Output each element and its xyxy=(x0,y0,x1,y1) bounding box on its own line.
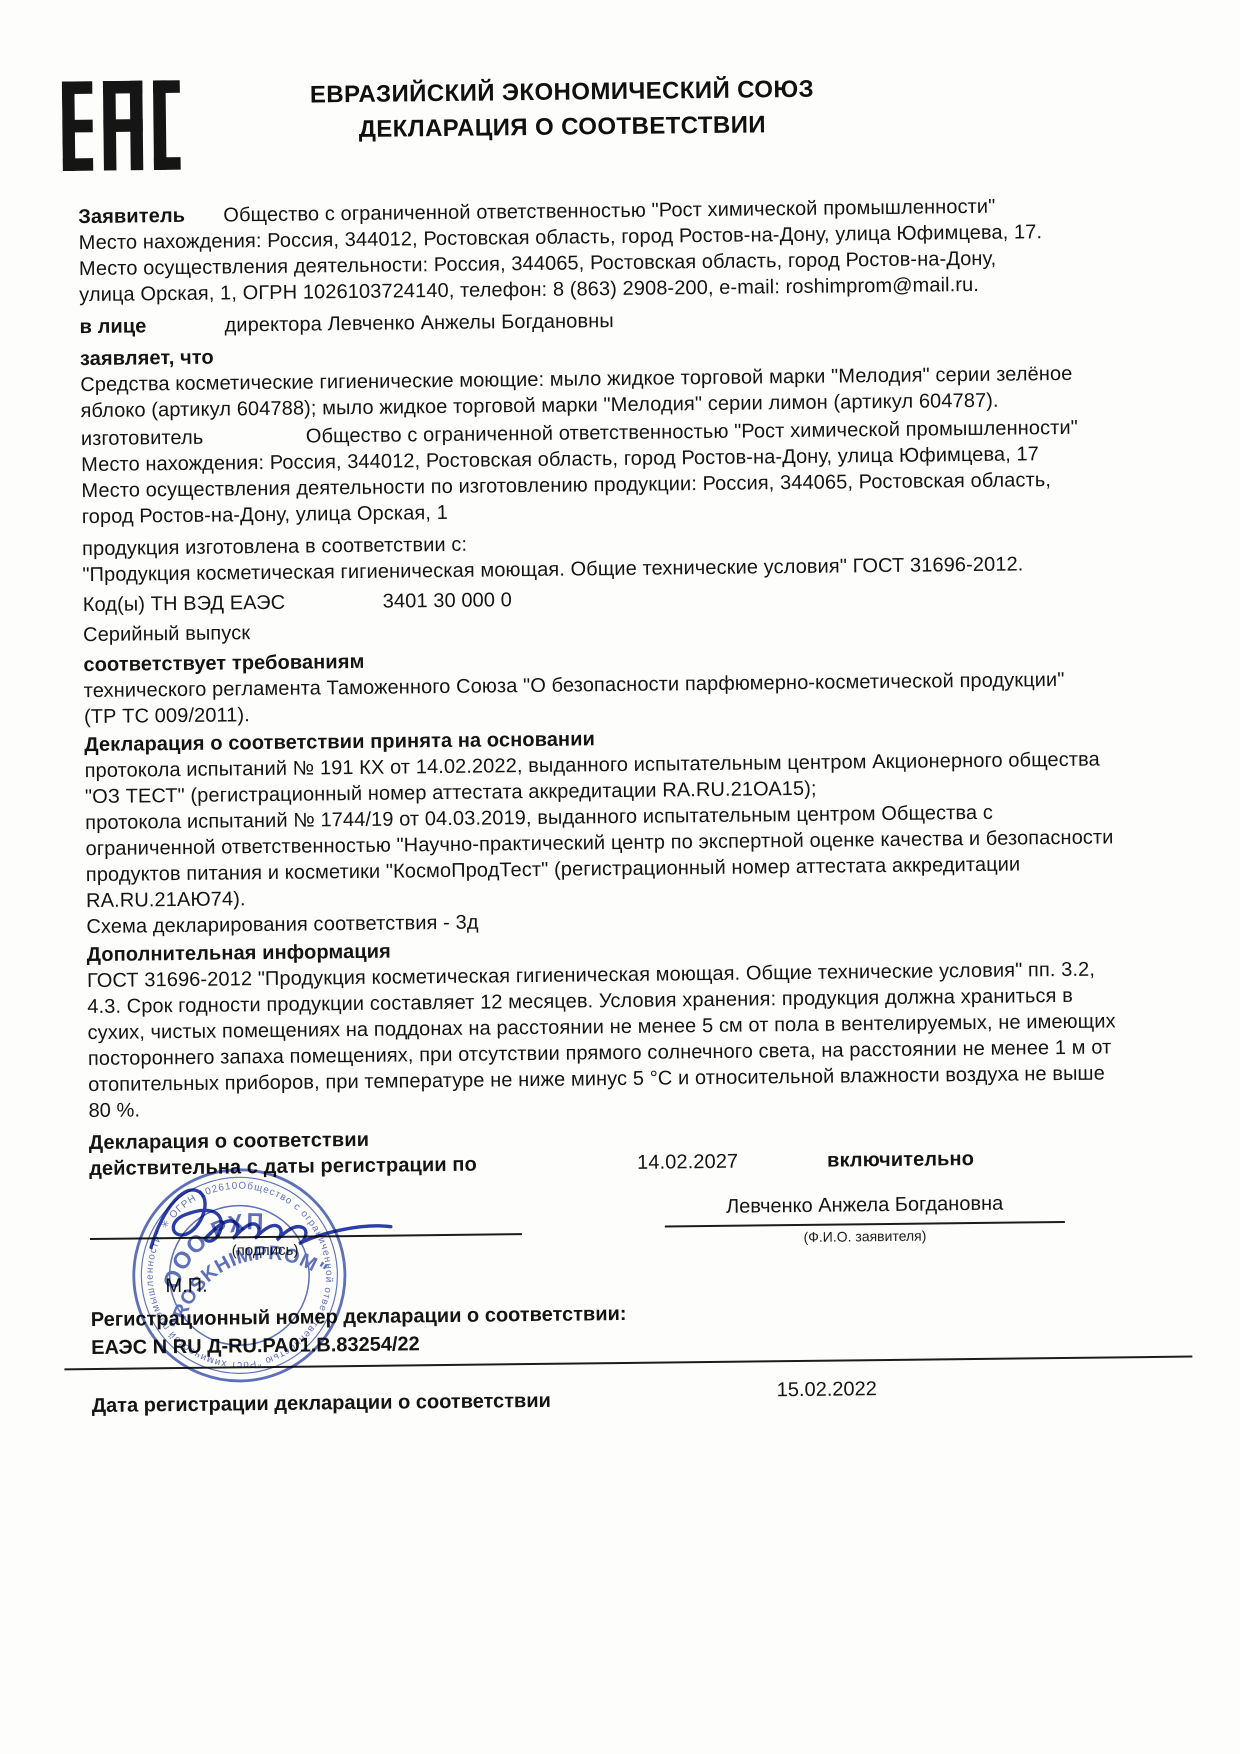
declaration-document-page: ЕВРАЗИЙСКИЙ ЭКОНОМИЧЕСКИЙ СОЮЗ ДЕКЛАРАЦИ… xyxy=(0,0,1240,1754)
text-segment: в лице xyxy=(79,312,224,340)
text-segment: соответствует требованиям xyxy=(83,649,364,678)
text-segment: Заявитель xyxy=(78,202,223,230)
document-body: ЗаявительОбщество с ограниченной ответст… xyxy=(78,192,1199,1183)
applicant-name: Левченко Анжела Богдановна xyxy=(645,1192,1085,1220)
text-segment: (ТР ТС 009/2011). xyxy=(84,702,250,730)
title-line-2: ДЕКЛАРАЦИЯ О СООТВЕТСТВИИ xyxy=(242,106,882,148)
text-segment: заявляет, что xyxy=(80,345,214,373)
applicant-caption: (Ф.И.О. заявителя) xyxy=(665,1226,1065,1247)
registration-date-label: Дата регистрации декларации о соответств… xyxy=(92,1390,551,1418)
text-segment: 14.02.2027 xyxy=(637,1148,827,1176)
handwritten-signature xyxy=(142,1170,453,1266)
text-segment: включительно xyxy=(827,1146,974,1174)
document-title: ЕВРАЗИЙСКИЙ ЭКОНОМИЧЕСКИЙ СОЮЗ ДЕКЛАРАЦИ… xyxy=(242,71,883,148)
eac-mark-icon xyxy=(62,75,181,176)
text-segment: Дополнительная информация xyxy=(87,939,391,968)
text-segment: 80 %. xyxy=(88,1097,140,1124)
document-line: в лицедиректора Левченко Анжелы Богданов… xyxy=(79,302,1189,341)
text-segment: Серийный выпуск xyxy=(83,620,250,648)
text-segment: директора Левченко Анжелы Богдановны xyxy=(224,308,613,338)
text-segment: изготовитель xyxy=(81,424,306,453)
text-segment: RA.RU.21АЮ74). xyxy=(86,886,246,914)
registration-date-value: 15.02.2022 xyxy=(777,1378,877,1402)
text-segment: город Ростов-на-Дону, улица Орская, 1 xyxy=(82,500,448,530)
text-segment: Код(ы) ТН ВЭД ЕАЭС xyxy=(83,589,383,618)
scanned-content: ЕВРАЗИЙСКИЙ ЭКОНОМИЧЕСКИЙ СОЮЗ ДЕКЛАРАЦИ… xyxy=(0,0,1240,1754)
text-segment: 3401 30 000 0 xyxy=(383,587,512,614)
text-segment: Схема декларирования соответствия - 3д xyxy=(86,910,478,940)
title-line-1: ЕВРАЗИЙСКИЙ ЭКОНОМИЧЕСКИЙ СОЮЗ xyxy=(242,71,882,113)
text-segment: Декларация о соответствии xyxy=(89,1127,369,1156)
